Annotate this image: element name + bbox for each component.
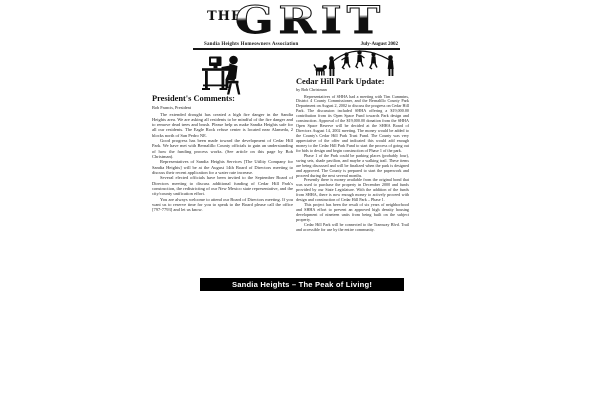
article-paragraph: Several elected officials have been invi… <box>152 175 293 196</box>
figure-child-jumping-2 <box>356 50 365 68</box>
article-paragraph: Representatives of SHHA had a meeting wi… <box>296 95 409 154</box>
article-paragraph: Representatives of Sandia Heights Servic… <box>152 159 293 175</box>
right-article-body: Representatives of SHHA had a meeting wi… <box>296 95 409 233</box>
motto-banner: Sandia Heights – The Peak of Living! <box>200 278 404 292</box>
left-article-byline: Bob Francis, President <box>152 105 191 110</box>
article-paragraph: Presently there is money available from … <box>296 178 409 203</box>
article-paragraph: This project has been the result of six … <box>296 203 409 223</box>
article-paragraph: The extended drought has created a high … <box>152 112 293 139</box>
right-article-title: Cedar Hill Park Update: <box>296 77 384 86</box>
article-paragraph: You are always welcome to attend our Boa… <box>152 197 293 213</box>
left-article-title: President's Comments: <box>152 94 235 103</box>
person-at-computer-icon <box>198 54 244 95</box>
figure-child-jumping-3 <box>370 52 377 69</box>
figure-rope-holder-right <box>388 55 394 76</box>
right-article-byline: by Bob Christman <box>296 87 327 92</box>
grit-logo-text: GRIT <box>235 1 385 39</box>
children-playing-in-park-icon <box>313 46 399 77</box>
article-paragraph: Phase 1 of the Park could be parking pla… <box>296 154 409 179</box>
newsletter-page: THE GRIT Sandia Heights Homeowners Assoc… <box>0 0 600 400</box>
left-article-body: The extended drought has created a high … <box>152 112 293 213</box>
article-paragraph: Good progress has been made toward the d… <box>152 138 293 159</box>
grit-logo: GRIT <box>231 1 389 39</box>
figure-rope-holder-left <box>329 56 335 76</box>
article-paragraph: Cedar Hill Park will be connected to the… <box>296 223 409 233</box>
